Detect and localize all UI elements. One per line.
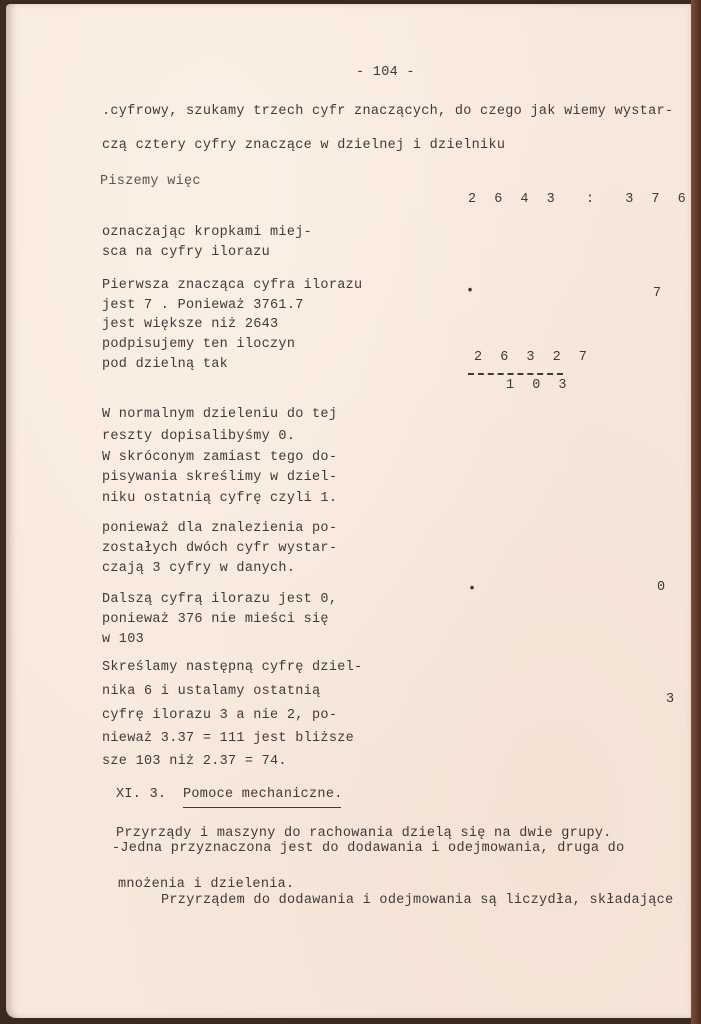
block2-line-2: jest 7 . Ponieważ 3761.7 [102, 298, 304, 314]
closing-line-1: Przyrządy i maszyny do rachowania dzielą… [116, 826, 612, 842]
section-number: XI. 3. [116, 787, 166, 803]
block5-line-1: Dalszą cyfrą ilorazu jest 0, [102, 592, 337, 608]
block2-line-3: jest większe niż 2643 [102, 317, 278, 333]
block6-line-4: nieważ 3.37 = 111 jest bliższe [102, 731, 354, 747]
block4-line-1: ponieważ dla znalezienia po- [102, 521, 337, 537]
section-title-underline [183, 807, 341, 808]
piszemy-line: Piszemy więc [100, 174, 201, 190]
block1-line-2: sca na cyfry ilorazu [102, 245, 270, 261]
block5-line-3: w 103 [102, 632, 144, 648]
block6-line-3: cyfrę ilorazu 3 a nie 2, po- [102, 708, 337, 724]
division-equation: 2 6 4 3 : 3 7 6 1 = ... [468, 192, 701, 208]
block3-line-5: niku ostatnią cyfrę czyli 1. [102, 491, 337, 507]
page-number: - 104 - [356, 65, 415, 81]
quotient-digit-0: 0 [657, 580, 665, 596]
block6-line-2: nika 6 i ustalamy ostatnią [102, 684, 320, 700]
block1-line-1: oznaczając kropkami miej- [102, 225, 312, 241]
block6-line-1: Skreślamy następną cyfrę dziel- [102, 660, 362, 676]
book-binding-edge [691, 0, 701, 1024]
quotient-dot-1: • [466, 284, 474, 300]
intro-line-2: czą cztery cyfry znaczące w dzielnej i d… [102, 138, 505, 154]
closing-line-4: Przyrządem do dodawania i odejmowania są… [161, 893, 673, 909]
block4-line-3: czają 3 cyfry w danych. [102, 561, 295, 577]
section-title: Pomoce mechaniczne. [183, 787, 343, 803]
intro-line-1: .cyfrowy, szukamy trzech cyfr znaczących… [102, 104, 673, 120]
block4-line-2: zostałych dwóch cyfr wystar- [102, 541, 337, 557]
typewritten-page: - 104 - .cyfrowy, szukamy trzech cyfr zn… [6, 4, 694, 1018]
quotient-digit-7: 7 [653, 286, 661, 302]
block2-line-5: pod dzielną tak [102, 357, 228, 373]
block3-line-2: reszty dopisalibyśmy 0. [102, 429, 295, 445]
block2-line-4: podpisujemy ten iloczyn [102, 337, 295, 353]
remainder-103: 1 0 3 [506, 378, 572, 394]
block3-line-3: W skróconym zamiast tego do- [102, 450, 337, 466]
block6-line-5: sze 103 niż 2.37 = 74. [102, 754, 287, 770]
block2-line-1: Pierwsza znacząca cyfra ilorazu [102, 278, 362, 294]
block3-line-1: W normalnym dzieleniu do tej [102, 407, 337, 423]
block5-line-2: ponieważ 376 nie mieści się [102, 612, 329, 628]
block3-line-4: pisywania skreślimy w dziel- [102, 470, 337, 486]
closing-line-2: -Jedna przyznaczona jest do dodawania i … [112, 841, 624, 857]
product-26327: 2 6 3 2 7 [474, 350, 592, 366]
quotient-digit-3: 3 [666, 692, 674, 708]
quotient-dot-2: • [468, 582, 476, 598]
subtraction-line [468, 373, 563, 375]
closing-line-3: mnożenia i dzielenia. [118, 877, 294, 893]
